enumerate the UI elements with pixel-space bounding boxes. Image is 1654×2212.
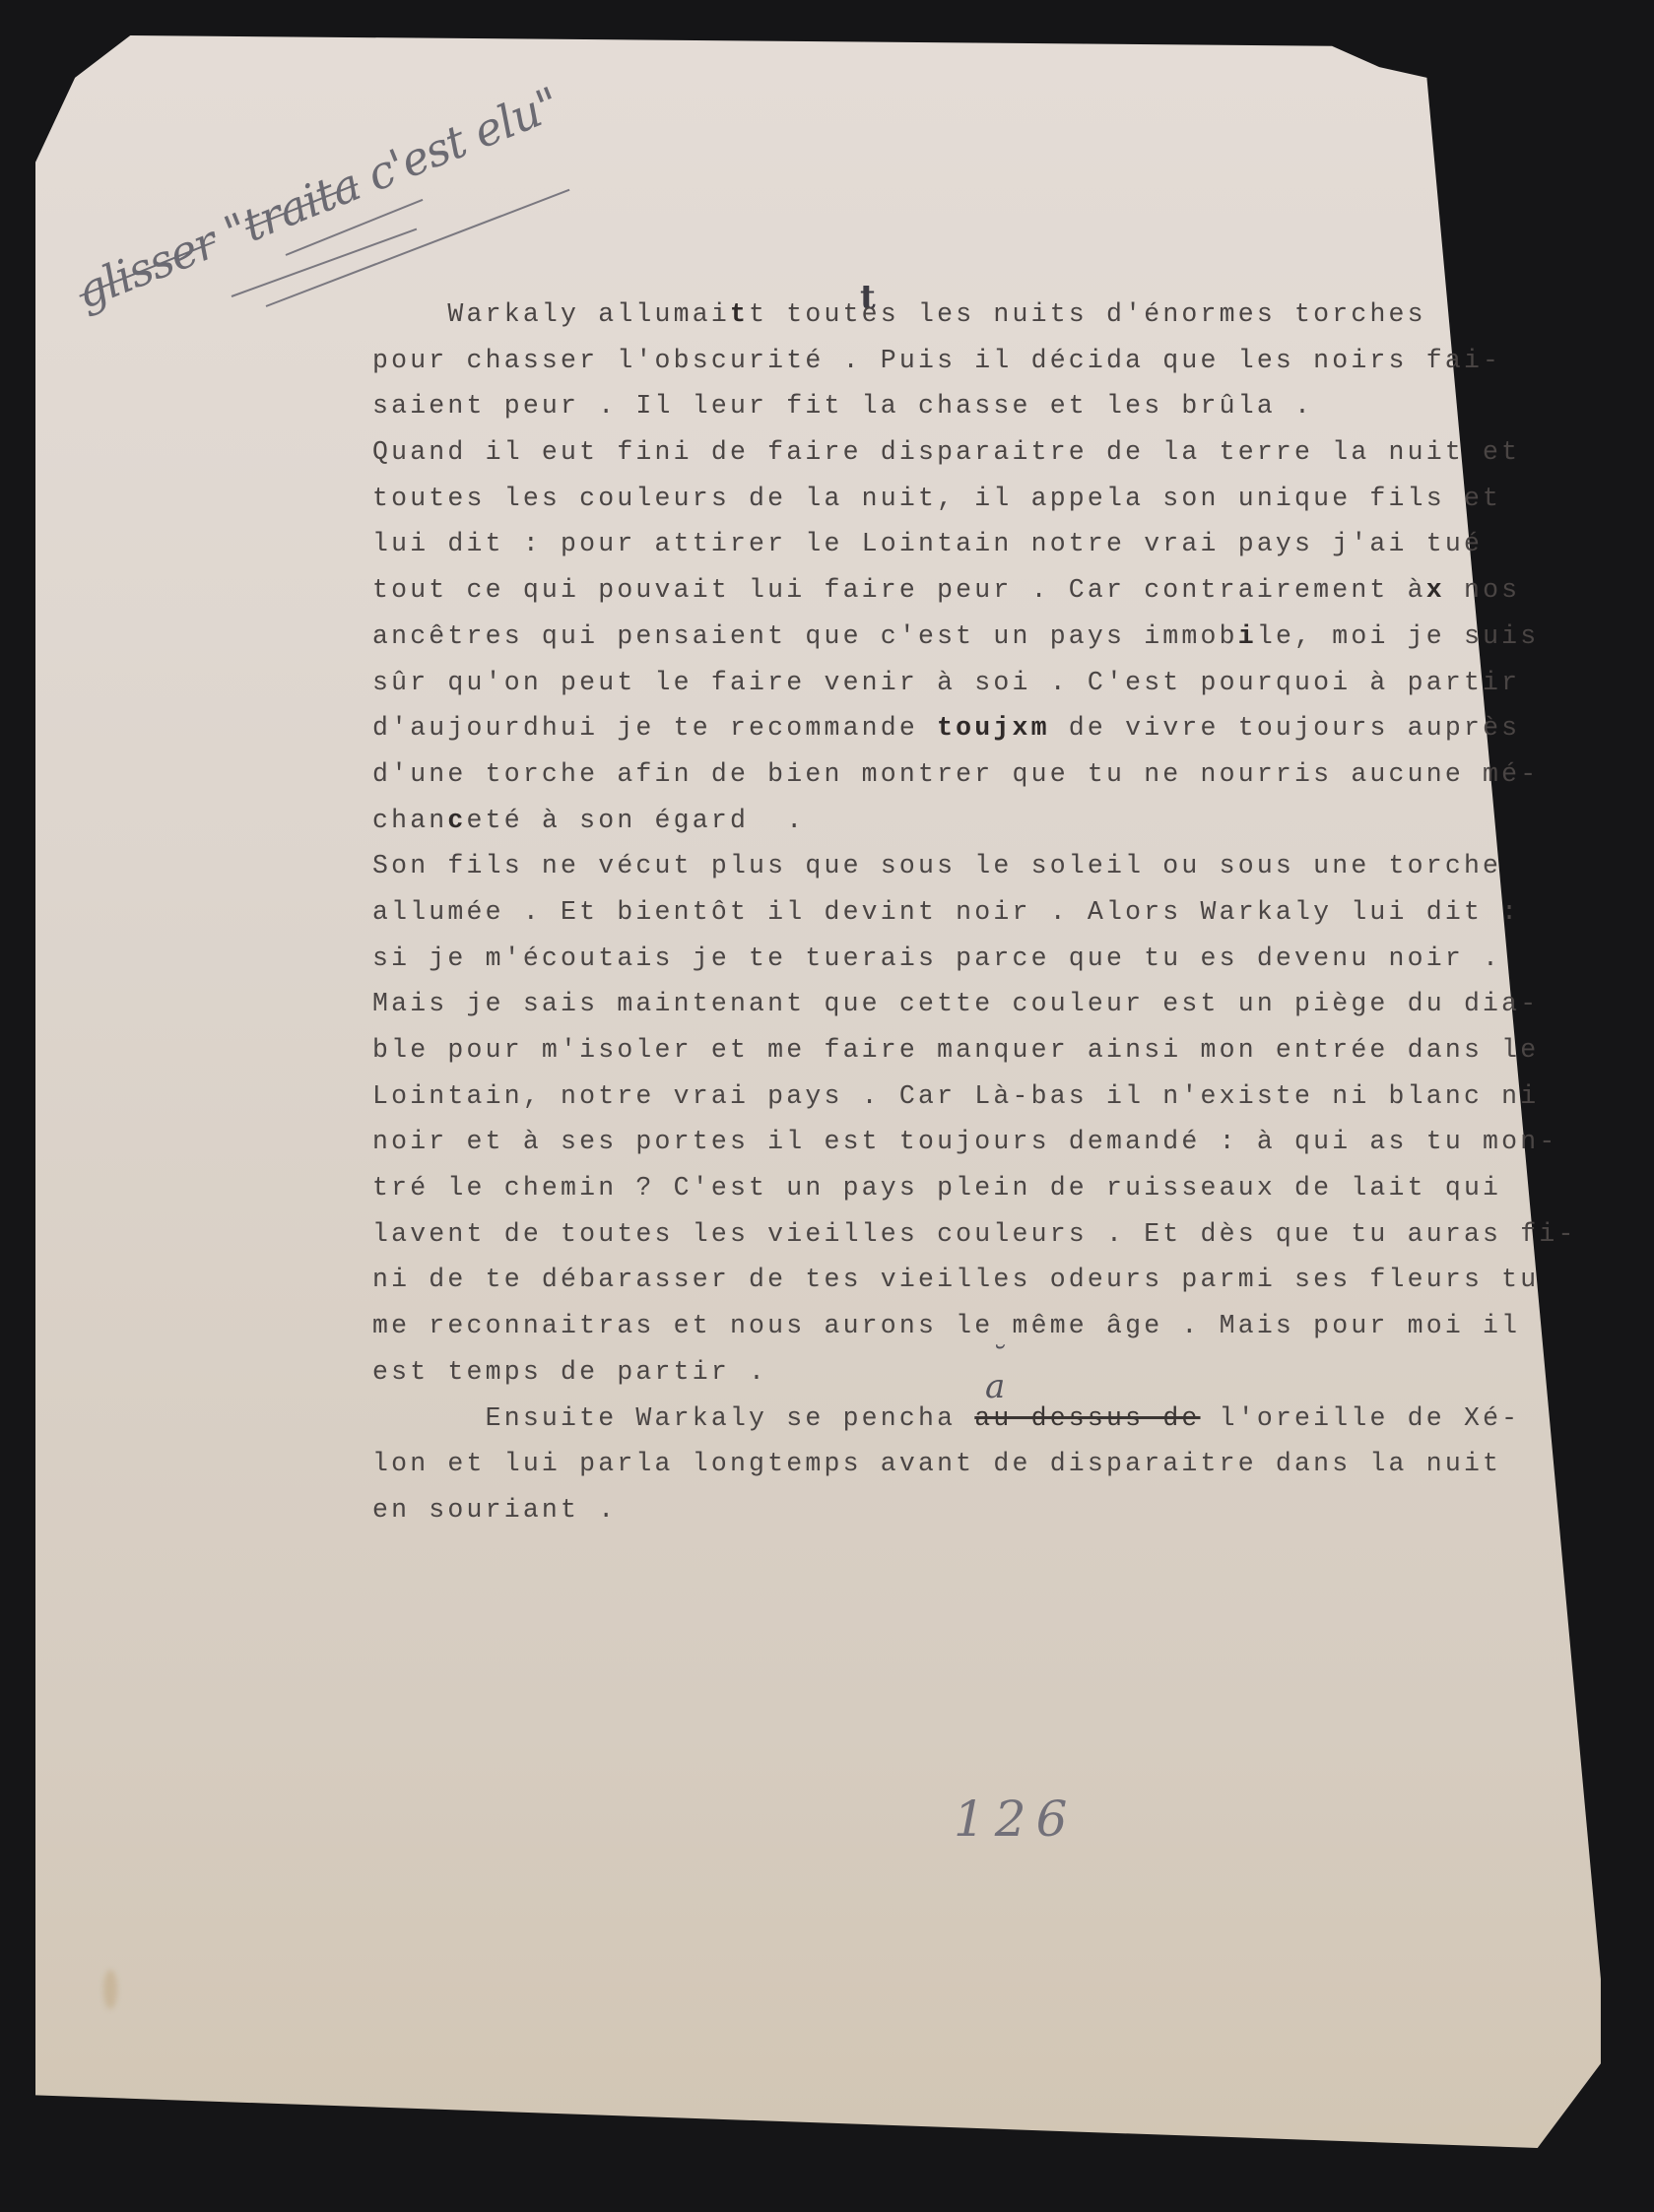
page-number: 126 — [954, 1790, 1077, 1848]
overtyped-correction: toujxm — [937, 713, 1050, 743]
typescript-line: d'une torche afin de bien montrer que tu… — [372, 751, 1623, 798]
line-text: lavent de toutes les vieilles couleurs .… — [372, 1219, 1577, 1249]
line-text-continued: nos — [1445, 575, 1520, 605]
typescript-line: tout ce qui pouvait lui faire peur . Car… — [372, 567, 1623, 614]
line-text: Quand il eut fini de faire disparaitre d… — [372, 437, 1520, 467]
typescript-line: toutes les couleurs de la nuit, il appel… — [372, 476, 1623, 522]
typescript-line: Warkaly allumaitt toutes les nuits d'éno… — [372, 292, 1623, 338]
line-text: me reconnaitras et nous aurons le même â… — [372, 1311, 1520, 1340]
typescript-line: allumée . Et bientôt il devint noir . Al… — [372, 889, 1623, 936]
typescript-line: me reconnaitras et nous aurons le même â… — [372, 1303, 1623, 1349]
typescript-line: chanceté à son égard . — [372, 798, 1623, 844]
line-text: Son fils ne vécut plus que sous le solei… — [372, 851, 1501, 880]
line-text: pour chasser l'obscurité . Puis il décid… — [372, 346, 1501, 375]
line-text: tré le chemin ? C'est un pays plein de r… — [372, 1173, 1501, 1203]
typescript-line: Quand il eut fini de faire disparaitre d… — [372, 429, 1623, 476]
typescript-line: Ensuite Warkaly se pencha au-dessus de l… — [372, 1396, 1623, 1442]
line-text-continued: t toutes les nuits d'énormes torches — [749, 299, 1426, 329]
typescript-line: est temps de partir . — [372, 1349, 1623, 1396]
overtyped-correction: c — [447, 806, 466, 835]
line-text: ancêtres qui pensaient que c'est un pays… — [372, 621, 1238, 651]
paper-stain — [103, 1970, 117, 2009]
typescript-line: lavent de toutes les vieilles couleurs .… — [372, 1211, 1623, 1258]
typescript-line: lui dit : pour attirer le Lointain notre… — [372, 521, 1623, 567]
line-text: toutes les couleurs de la nuit, il appel… — [372, 484, 1501, 513]
line-text: tout ce qui pouvait lui faire peur . Car… — [372, 575, 1426, 605]
line-text: Warkaly allumai — [372, 299, 730, 329]
line-text-continued: le, moi je suis — [1257, 621, 1540, 651]
line-text: noir et à ses portes il est toujours dem… — [372, 1127, 1557, 1156]
typescript-line: en souriant . — [372, 1487, 1623, 1533]
typescript-line: Son fils ne vécut plus que sous le solei… — [372, 843, 1623, 889]
line-text: allumée . Et bientôt il devint noir . Al… — [372, 897, 1520, 927]
typescript-line: sûr qu'on peut le faire venir à soi . C'… — [372, 660, 1623, 706]
typescript-line: noir et à ses portes il est toujours dem… — [372, 1119, 1623, 1165]
line-text-continued: l'oreille de Xé- — [1201, 1403, 1521, 1433]
line-text-continued: eté à son égard . — [467, 806, 806, 835]
line-text-continued: de vivre toujours auprès — [1050, 713, 1521, 743]
typescript-line: d'aujourdhui je te recommande toujxm de … — [372, 705, 1623, 751]
line-text: Mais je sais maintenant que cette couleu… — [372, 989, 1539, 1018]
overtyped-correction: t — [730, 299, 749, 329]
typescript-line: si je m'écoutais je te tuerais parce que… — [372, 936, 1623, 982]
line-text: si je m'écoutais je te tuerais parce que… — [372, 943, 1501, 973]
overtyped-correction: x — [1426, 575, 1445, 605]
typescript-line: Lointain, notre vrai pays . Car Là-bas i… — [372, 1073, 1623, 1120]
line-text: ble pour m'isoler et me faire manquer ai… — [372, 1035, 1539, 1065]
typescript-line: ancêtres qui pensaient que c'est un pays… — [372, 614, 1623, 660]
line-text: Ensuite Warkaly se pencha — [372, 1403, 974, 1433]
overtyped-correction: i — [1238, 621, 1257, 651]
line-text: d'aujourdhui je te recommande — [372, 713, 937, 743]
typescript-line: tré le chemin ? C'est un pays plein de r… — [372, 1165, 1623, 1211]
line-text: chan — [372, 806, 447, 835]
typescript-line: ble pour m'isoler et me faire manquer ai… — [372, 1027, 1623, 1073]
typescript-line: saient peur . Il leur fit la chasse et l… — [372, 383, 1623, 429]
line-text: lui dit : pour attirer le Lointain notre… — [372, 529, 1483, 558]
line-text: sûr qu'on peut le faire venir à soi . C'… — [372, 668, 1520, 697]
line-text: ni de te débarasser de tes vieilles odeu… — [372, 1265, 1539, 1294]
line-text: Lointain, notre vrai pays . Car Là-bas i… — [372, 1081, 1539, 1111]
line-text: d'une torche afin de bien montrer que tu… — [372, 759, 1539, 789]
line-text: lon et lui parla longtemps avant de disp… — [372, 1449, 1501, 1478]
typescript-line: pour chasser l'obscurité . Puis il décid… — [372, 338, 1623, 384]
typescript-line: Mais je sais maintenant que cette couleu… — [372, 981, 1623, 1027]
typescript-line: lon et lui parla longtemps avant de disp… — [372, 1441, 1623, 1487]
line-text: est temps de partir . — [372, 1357, 767, 1387]
line-text: saient peur . Il leur fit la chasse et l… — [372, 391, 1313, 421]
struck-text: au-dessus de — [974, 1403, 1200, 1433]
typescript-body: Warkaly allumaitt toutes les nuits d'éno… — [372, 292, 1623, 1533]
line-text: en souriant . — [372, 1495, 617, 1525]
typescript-line: ni de te débarasser de tes vieilles odeu… — [372, 1257, 1623, 1303]
